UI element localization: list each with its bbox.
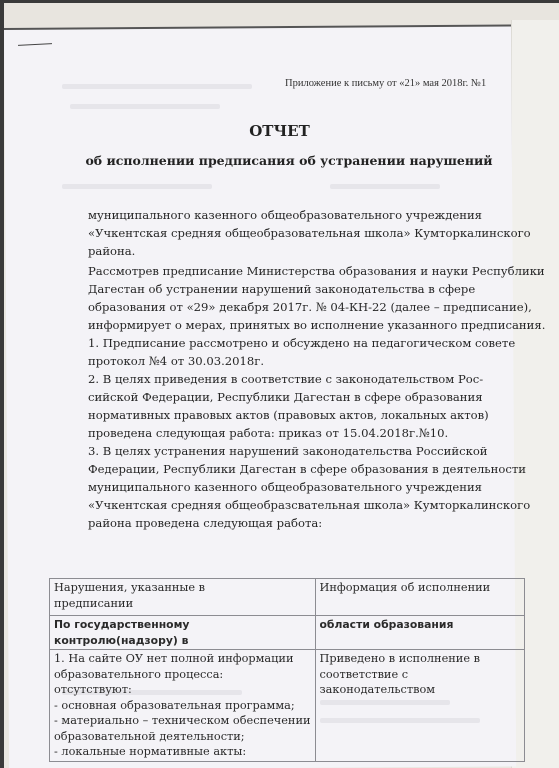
text-line: района проведена следующая работа: [88,514,530,532]
text-line: проведена следующая работа: приказ от 15… [88,424,530,442]
cell-text: законодательством [320,682,520,698]
text-line: Дагестан об устранении нарушений законод… [88,280,545,298]
cell-text: образовательного процесса: [54,667,311,683]
header-violations: Нарушения, указанные в предписании [50,579,316,616]
text-line: Рассмотрев предписание Министерства обра… [88,262,545,280]
intro-paragraph: Рассмотрев предписание Министерства обра… [88,262,545,334]
cell-text: соответствие с [320,667,520,683]
show-through-text [330,184,440,189]
violation-cell: 1. На сайте ОУ нет полной информации обр… [50,650,316,762]
text-line: информирует о мерах, принятых во исполне… [88,316,545,334]
cell-text: образовательной деятельности; [54,729,311,745]
header-text: Информация об исполнении [320,580,520,596]
document-title: ОТЧЕТ [0,122,559,140]
show-through-text [62,184,212,189]
cell-text: - материально – техническом обеспечении [54,713,311,729]
text-line: Федерации, Республики Дагестан в сфере о… [88,460,530,478]
text-line: 1. Предписание рассмотрено и обсуждено н… [88,334,530,352]
table-section-row: По государственному контролю(надзору) в … [50,616,525,650]
table-header-row: Нарушения, указанные в предписании Инфор… [50,579,525,616]
appendix-note: Приложение к письму от «21» мая 2018г. №… [285,78,486,89]
cell-text: - локальные нормативные акты: [54,744,311,760]
text-line: муниципального казенного общеобразовател… [88,478,530,496]
document-subtitle: об исполнении предписания об устранении … [0,153,559,168]
show-through-text [70,104,220,109]
text-line: «Учкентская средняя общеобразсвательная … [88,496,530,514]
table-row: 1. На сайте ОУ нет полной информации обр… [50,650,525,762]
execution-cell: Приведено в исполнение в соответствие с … [315,650,524,762]
text-line: протокол №4 от 30.03.2018г. [88,352,530,370]
numbered-points: 1. Предписание рассмотрено и обсуждено н… [88,334,530,532]
text-line: нормативных правовых актов (правовых акт… [88,406,530,424]
scan-border-left [0,0,4,768]
header-text: Нарушения, указанные в [54,580,311,596]
cell-text: - основная образовательная программа; [54,698,311,714]
text-line: муниципального казенного общеобразовател… [88,206,531,224]
institution-name: муниципального казенного общеобразовател… [88,206,531,260]
section-right: области образования [315,616,524,650]
header-text: предписании [54,596,311,612]
cell-text: Приведено в исполнение в [320,651,520,667]
text-line: 2. В целях приведения в соответствие с з… [88,370,530,388]
section-left: По государственному контролю(надзору) в [50,616,316,650]
text-line: района. [88,242,531,260]
show-through-text [62,84,252,89]
text-line: 3. В целях устранения нарушений законода… [88,442,530,460]
text-line: образования от «29» декабря 2017г. № 04-… [88,298,545,316]
text-line: «Учкентская средняя общеобразовательная … [88,224,531,242]
text-line: сийской Федерации, Республики Дагестан в… [88,388,530,406]
cell-text: отсутствуют: [54,682,311,698]
violations-table: Нарушения, указанные в предписании Инфор… [49,578,525,762]
header-execution: Информация об исполнении [315,579,524,616]
cell-text: 1. На сайте ОУ нет полной информации [54,651,311,667]
